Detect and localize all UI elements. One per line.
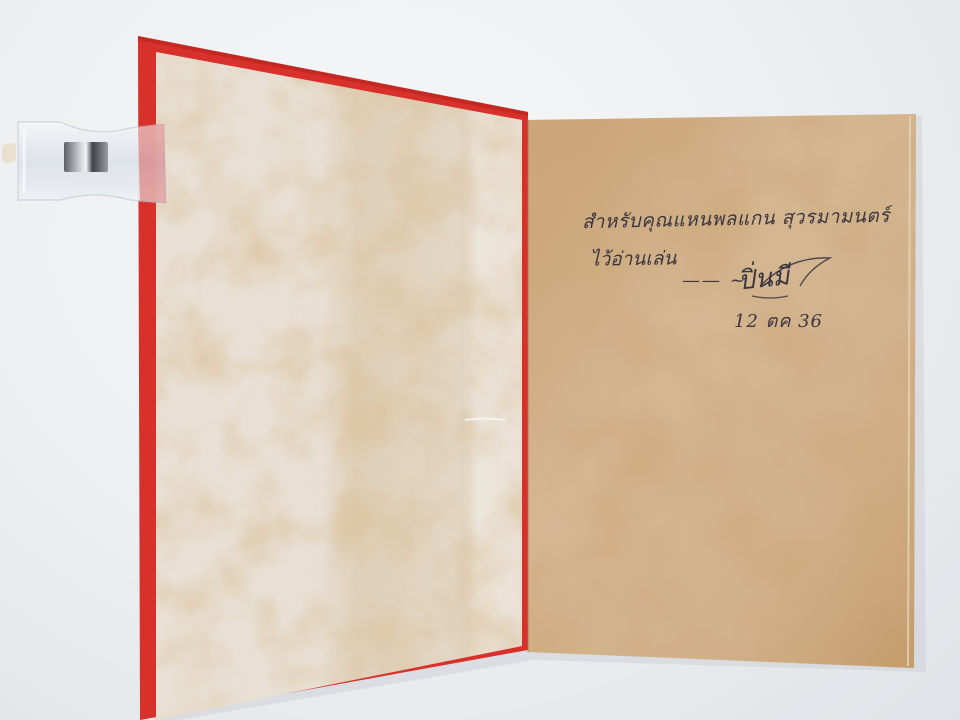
open-book bbox=[0, 0, 960, 720]
plastic-clip bbox=[2, 122, 166, 203]
photo-scene: สำหรับคุณแหนพลแกน สุวรมามนตร์ ไว้อ่านเล่… bbox=[0, 0, 960, 720]
